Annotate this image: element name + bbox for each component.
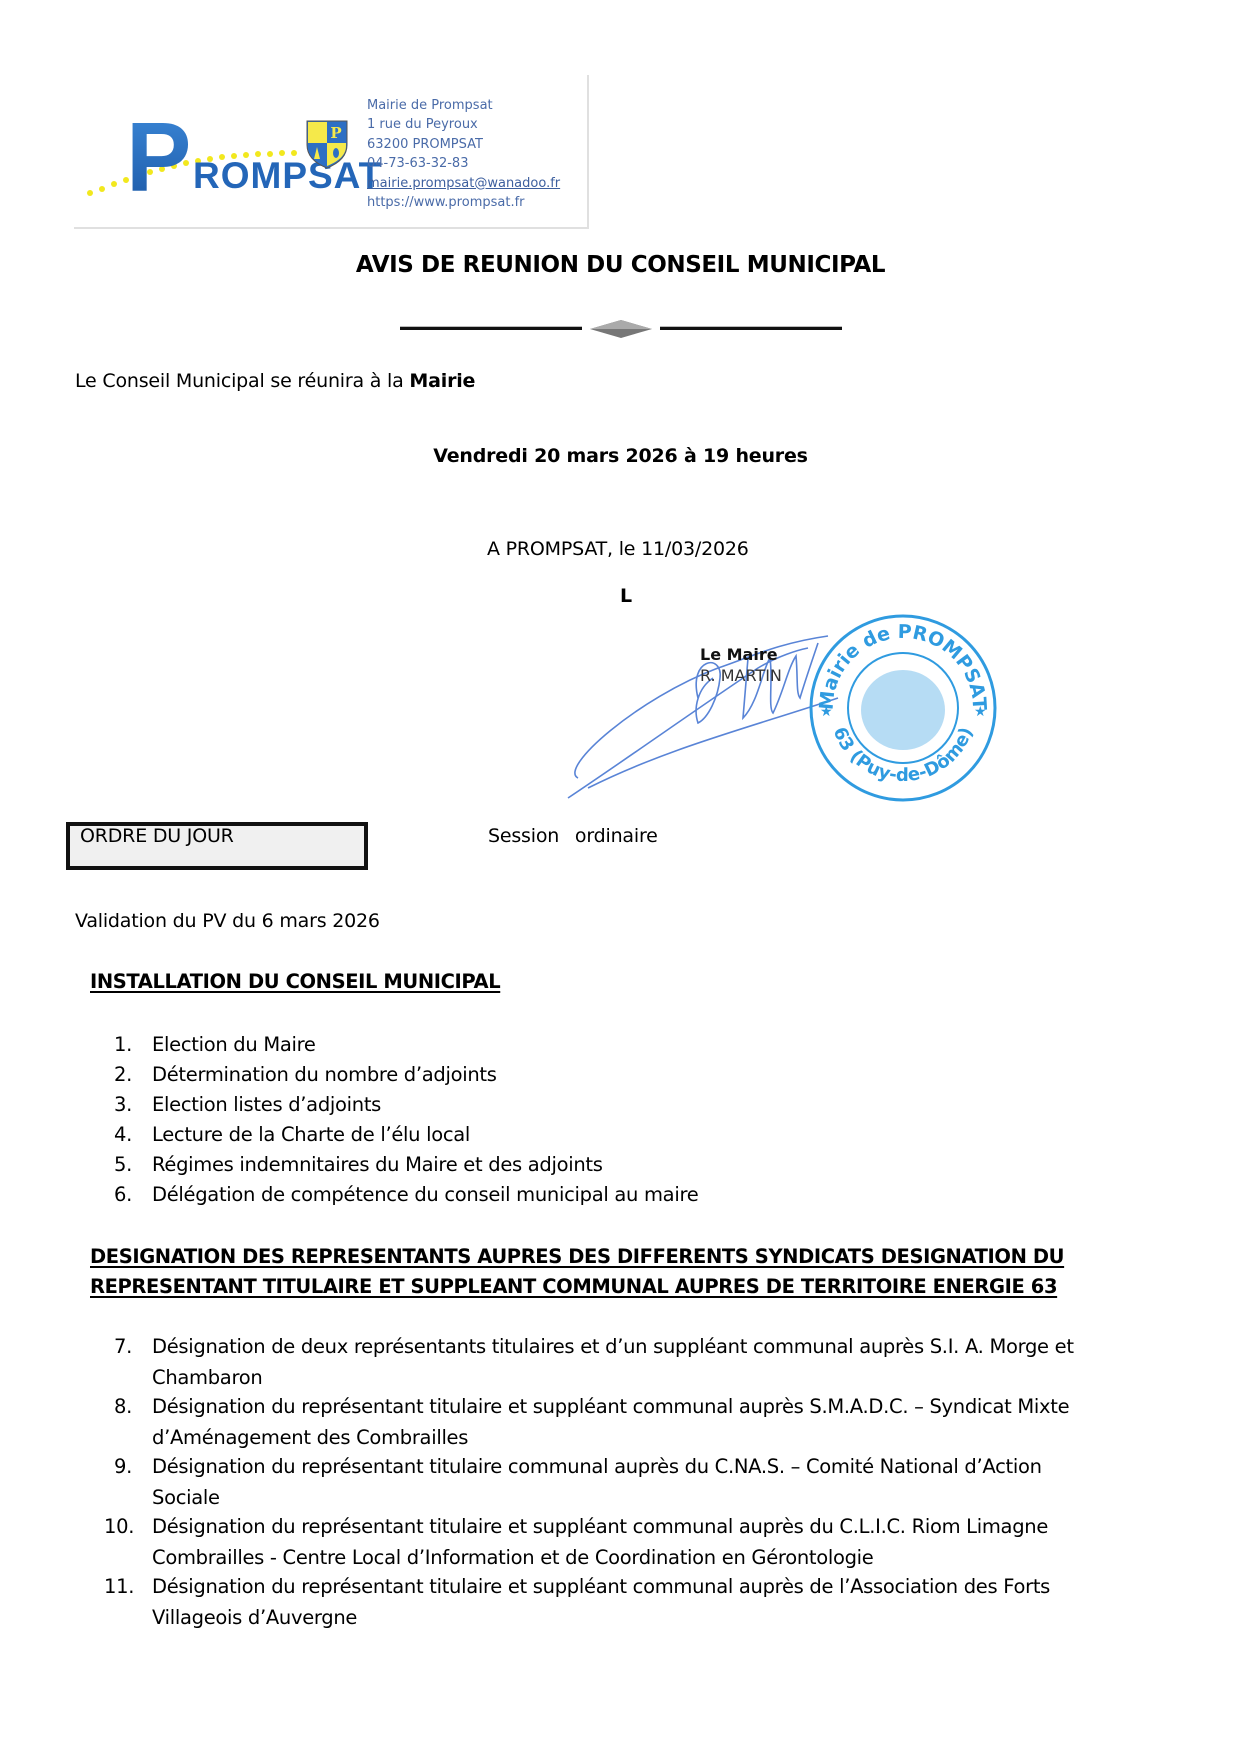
item-text: Désignation du représentant titulaire et… [152,1392,1152,1453]
item-text: Désignation du représentant titulaire et… [152,1572,1152,1633]
item-number: 3. [114,1090,154,1121]
ordre-du-jour-label: ORDRE DU JOUR [80,825,234,847]
session-type: Session ordinaire [488,825,658,847]
intro-text: Le Conseil Municipal se réunira à la [75,370,409,392]
logo-initial: P [126,108,189,206]
mayor-title: Le Maire [700,644,782,665]
page-title: AVIS DE REUNION DU CONSEIL MUNICIPAL [0,252,1241,278]
item-number: 7. [114,1332,154,1363]
item-text: Désignation du représentant titulaire et… [152,1512,1152,1573]
mayor-name: R. MARTIN [700,665,782,686]
coat-of-arms-icon: P [305,119,349,169]
item-number: 8. [114,1392,154,1423]
website-link[interactable]: https://www.prompsat.fr [367,193,560,212]
item-text: Régimes indemnitaires du Maire et des ad… [152,1150,1152,1181]
svg-text:★: ★ [820,703,833,719]
item-text: Détermination du nombre d’adjoints [152,1060,1152,1091]
item-number: 11. [104,1572,144,1603]
svg-text:★: ★ [974,703,987,719]
item-text: Délégation de compétence du conseil muni… [152,1180,1152,1211]
email-link[interactable]: mairie.prompsat@wanadoo.fr [367,174,560,193]
contact-line: 1 rue du Peyroux [367,115,560,134]
meeting-date: Vendredi 20 mars 2026 à 19 heures [0,445,1241,467]
validation-item: Validation du PV du 6 mars 2026 [75,910,380,932]
contact-phone: 04-73-63-32-83 [367,154,560,173]
location-name: Mairie [409,370,475,392]
logo-wordmark: ROMPSAT [193,157,382,194]
signature-and-stamp: Mairie de PROMPSAT 63 (Puy-de-Dôme) ★ ★ [548,598,1058,813]
contact-line: 63200 PROMPSAT [367,135,560,154]
item-text: Désignation de deux représentants titula… [152,1332,1152,1393]
item-text: Election listes d’adjoints [152,1090,1152,1121]
item-text: Désignation du représentant titulaire co… [152,1452,1152,1513]
item-number: 1. [114,1030,154,1061]
item-number: 6. [114,1180,154,1211]
mayor-signature-block: Le Maire R. MARTIN [700,644,782,686]
item-number: 4. [114,1120,154,1151]
contact-block: Mairie de Prompsat 1 rue du Peyroux 6320… [367,96,560,212]
meeting-location-text: Le Conseil Municipal se réunira à la Mai… [75,370,475,392]
item-number: 2. [114,1060,154,1091]
section-heading-installation: INSTALLATION DU CONSEIL MUNICIPAL [90,970,500,993]
item-number: 10. [104,1512,144,1543]
svg-text:P: P [330,124,341,142]
item-text: Lecture de la Charte de l’élu local [152,1120,1152,1151]
item-text: Election du Maire [152,1030,1152,1061]
item-number: 5. [114,1150,154,1181]
contact-line: Mairie de Prompsat [367,96,560,115]
ornamental-divider [400,318,842,340]
item-number: 9. [114,1452,154,1483]
section-heading-designation: DESIGNATION DES REPRESENTANTS AUPRES DES… [90,1242,1090,1302]
place-and-date: A PROMPSAT, le 11/03/2026 [487,538,749,560]
